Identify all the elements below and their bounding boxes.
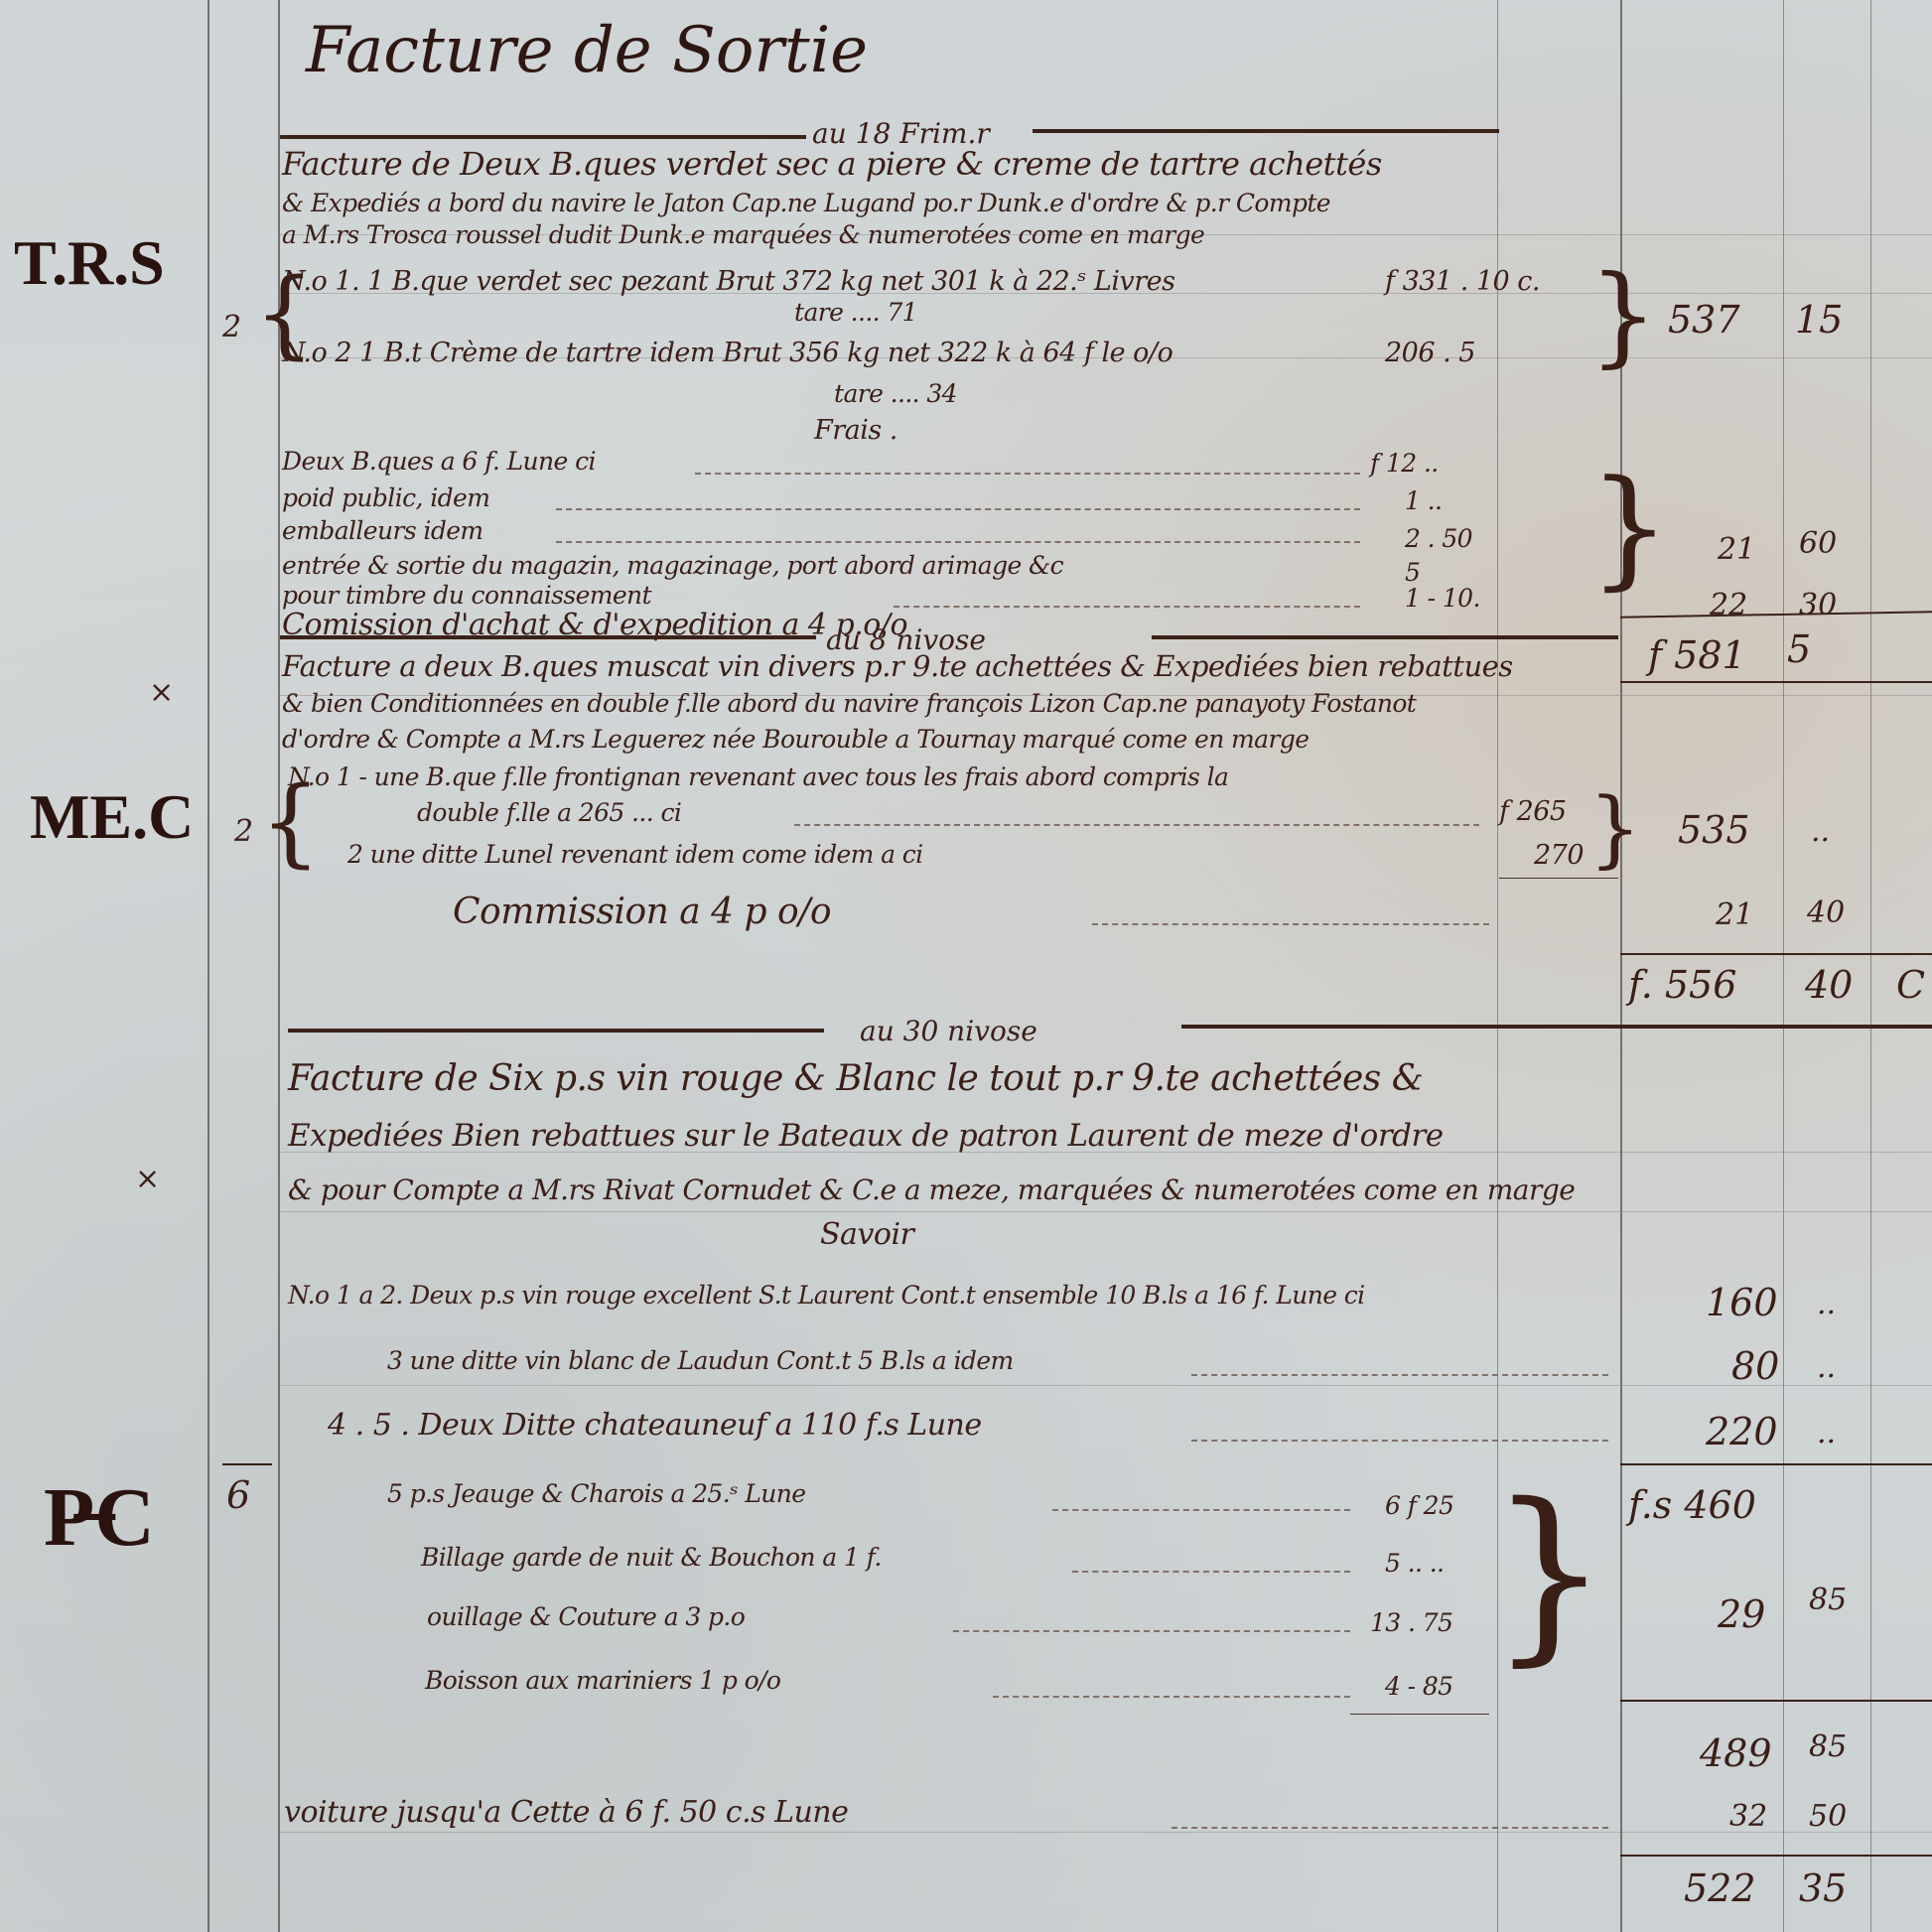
- item-amount: f 331 . 10 c.: [1385, 266, 1540, 297]
- commission-francs: 21: [1716, 897, 1753, 932]
- fee-amount: 1 - 10.: [1405, 584, 1480, 613]
- invoice-header-line: & Expediés a bord du navire le Jaton Cap…: [282, 189, 1330, 217]
- invoice-header-line: Facture a deux B.ques muscat vin divers …: [282, 649, 1513, 683]
- grand-total-cents: 40: [1805, 963, 1853, 1007]
- fee-amount: 2 . 50: [1405, 524, 1472, 553]
- invoice-header-line: Facture de Six p.s vin rouge & Blanc le …: [288, 1058, 1423, 1099]
- commission-cents: 30: [1799, 588, 1837, 622]
- package-count: 2: [234, 814, 253, 849]
- page-title: Facture de Sortie: [306, 14, 868, 87]
- ruled-line: [278, 1211, 1932, 1212]
- merchant-mark-mec: ME.C: [30, 780, 194, 854]
- item-label: N.o 1. 1 B.que verdet sec pezant Brut 37…: [282, 266, 1175, 297]
- leader-dots: [556, 541, 1360, 543]
- section-divider: [1033, 129, 1499, 133]
- brace: }: [1588, 786, 1641, 870]
- item-cents: ..: [1817, 1287, 1836, 1321]
- leader-dots: [556, 508, 1360, 510]
- package-count: 2: [222, 310, 241, 345]
- carriage-francs: 32: [1729, 1799, 1767, 1834]
- leader-dots: [1191, 1440, 1608, 1442]
- item-sub: double f.lle a 265 ... ci: [417, 798, 681, 827]
- check-mark: ×: [135, 1162, 160, 1196]
- fee-label: entrée & sortie du magazin, magazinage, …: [282, 551, 1063, 580]
- fee-label: pour timbre du connaissement: [282, 581, 651, 610]
- fee-amount: 13 . 75: [1370, 1608, 1452, 1637]
- total-francs: 21: [1718, 532, 1755, 567]
- item-amount: 270: [1534, 840, 1584, 871]
- fee-label: Billage garde de nuit & Bouchon a 1 f.: [421, 1543, 882, 1572]
- fee-label: poid public, idem: [282, 483, 489, 512]
- fee-amount: 5: [1405, 558, 1420, 587]
- item-cents: ..: [1817, 1350, 1836, 1385]
- margin-rule: [207, 0, 209, 1932]
- grand-total-francs: 522: [1684, 1866, 1756, 1910]
- invoice-header-line: d'ordre & Compte a M.rs Leguerez née Bou…: [282, 725, 1309, 754]
- section-date: au 30 nivose: [860, 1015, 1037, 1047]
- fee-label: ouillage & Couture a 3 p.o: [427, 1602, 745, 1631]
- savoir-heading: Savoir: [820, 1217, 913, 1252]
- item-amount: f 265: [1499, 796, 1567, 827]
- section-divider: [280, 635, 816, 639]
- item-francs: 220: [1706, 1410, 1778, 1453]
- subtotal-cents: 85: [1809, 1729, 1847, 1764]
- check-mark: ×: [149, 675, 174, 710]
- total-francs: 535: [1678, 808, 1750, 852]
- total-cents: 15: [1795, 298, 1843, 342]
- grand-total-francs: f 581: [1648, 633, 1746, 677]
- item-cents: ..: [1817, 1416, 1836, 1450]
- right-column-rule: [1870, 0, 1871, 1932]
- total-rule: [1620, 611, 1932, 618]
- invoice-header-line: Expediées Bien rebattues sur le Bateaux …: [288, 1118, 1444, 1154]
- total-cents: ..: [1811, 814, 1830, 849]
- total-francs: 537: [1668, 298, 1740, 342]
- merchant-mark-pc: P̶C: [44, 1469, 155, 1566]
- grand-total-cents: 5: [1787, 627, 1811, 671]
- leader-dots: [794, 824, 1479, 826]
- package-count: 6: [226, 1473, 250, 1517]
- item-amount: 206 . 5: [1385, 338, 1475, 368]
- commission-cents: 40: [1807, 896, 1845, 930]
- margin-rule-short: [222, 1463, 272, 1465]
- carriage-cents: 50: [1809, 1799, 1847, 1834]
- total-francs: f.s 460: [1628, 1483, 1756, 1527]
- sum-rule: [1350, 1714, 1489, 1715]
- item-francs: 80: [1731, 1344, 1779, 1388]
- item-label: N.o 1 a 2. Deux p.s vin rouge excellent …: [288, 1281, 1365, 1310]
- grand-total-note: C: [1896, 963, 1925, 1007]
- item-label: 2 une ditte Lunel revenant idem come ide…: [347, 840, 923, 869]
- item-label: N.o 2 1 B.t Crème de tartre idem Brut 35…: [282, 338, 1173, 368]
- invoice-header-line: a M.rs Trosca roussel dudit Dunk.e marqu…: [282, 220, 1204, 249]
- leader-dots: [993, 1696, 1350, 1698]
- leader-dots: [953, 1630, 1350, 1632]
- fee-amount: f 12 ..: [1370, 449, 1439, 478]
- leader-dots: [1191, 1374, 1608, 1376]
- brace: }: [1588, 463, 1671, 592]
- sum-rule: [1499, 878, 1618, 879]
- fee-label: Deux B.ques a 6 f. Lune ci: [282, 447, 596, 476]
- subtotal-francs: 489: [1700, 1731, 1772, 1775]
- section-divider: [1152, 635, 1618, 639]
- total-rule: [1620, 1855, 1932, 1857]
- commission-label: Commission a 4 p o/o: [453, 892, 831, 932]
- grand-total-francs: f. 556: [1628, 963, 1736, 1007]
- section-divider: [1181, 1025, 1932, 1029]
- carriage-label: voiture jusqu'a Cette à 6 f. 50 c.s Lune: [284, 1795, 848, 1830]
- item-label: N.o 1 - une B.que f.lle frontignan reven…: [288, 762, 1228, 791]
- frais-total-francs: 29: [1718, 1592, 1765, 1636]
- item-label: 4 . 5 . Deux Ditte chateauneuf a 110 f.s…: [328, 1408, 982, 1443]
- ruled-line: [278, 1832, 1932, 1833]
- fee-amount: 4 - 85: [1385, 1672, 1452, 1701]
- frais-total-cents: 85: [1809, 1583, 1847, 1617]
- frais-heading: Frais .: [814, 415, 897, 446]
- fee-label: Boisson aux mariniers 1 p o/o: [425, 1666, 780, 1695]
- fee-label: 5 p.s Jeauge & Charois a 25.ˢ Lune: [387, 1479, 805, 1508]
- leader-dots: [695, 473, 1360, 475]
- item-francs: 160: [1706, 1281, 1778, 1324]
- leader-dots: [1072, 1571, 1350, 1573]
- invoice-header-line: & pour Compte a M.rs Rivat Cornudet & C.…: [288, 1173, 1575, 1206]
- ruled-line: [278, 1385, 1932, 1386]
- total-rule: [1620, 1700, 1932, 1702]
- leader-dots: [1172, 1827, 1608, 1829]
- brace: }: [1588, 260, 1658, 369]
- item-tare: tare .... 71: [794, 298, 917, 327]
- commission-francs: 22: [1710, 588, 1747, 622]
- fee-amount: 1 ..: [1405, 486, 1442, 515]
- fee-label: emballeurs idem: [282, 516, 483, 545]
- cents-column-rule: [1783, 0, 1784, 1932]
- item-tare: tare .... 34: [834, 379, 957, 408]
- invoice-header-line: Facture de Deux B.ques verdet sec a pier…: [282, 145, 1382, 183]
- leader-dots: [1092, 923, 1489, 925]
- ledger-page: Facture de Sortie au 18 Frim.r T.R.S Fac…: [0, 0, 1932, 1932]
- fee-amount: 6 f 25: [1385, 1491, 1453, 1520]
- item-label: 3 une ditte vin blanc de Laudun Cont.t 5…: [387, 1346, 1014, 1375]
- total-rule: [1620, 953, 1932, 955]
- total-rule: [1620, 1463, 1932, 1465]
- total-cents: 60: [1799, 526, 1837, 561]
- section-divider: [280, 135, 806, 139]
- fee-amount: 5 .. ..: [1385, 1549, 1444, 1578]
- brace: }: [1489, 1479, 1609, 1668]
- leader-dots: [894, 606, 1360, 608]
- grand-total-cents: 35: [1799, 1866, 1847, 1910]
- section-divider: [288, 1029, 824, 1033]
- merchant-mark-trs: T.R.S: [14, 226, 165, 300]
- invoice-header-line: & bien Conditionnées en double f.lle abo…: [282, 689, 1416, 718]
- leader-dots: [1052, 1509, 1350, 1511]
- total-rule: [1620, 681, 1932, 683]
